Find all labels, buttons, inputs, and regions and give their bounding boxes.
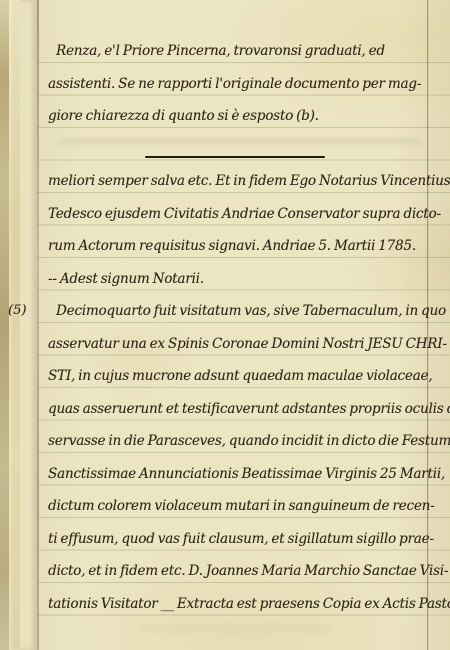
handwritten-line: ti effusum, quod vas fuit clausum, et si…: [48, 526, 436, 552]
right-margin-rule: [427, 0, 428, 650]
handwritten-line: STI, in cujus mucrone adsunt quaedam mac…: [48, 363, 436, 389]
handwritten-line: Renza, e'l Priore Pincerna, trovaronsi g…: [48, 38, 436, 64]
ink-showthrough: [60, 138, 420, 145]
handwritten-line: Sanctissimae Annunciationis Beatissimae …: [48, 461, 436, 487]
handwritten-line: servasse in die Parasceves, quando incid…: [48, 428, 436, 454]
section-divider: [145, 156, 325, 158]
ink-showthrough: [140, 625, 330, 632]
handwritten-line: giore chiarezza di quanto si è esposto (…: [48, 103, 436, 129]
handwritten-line: dictum colorem violaceum mutari in sangu…: [48, 493, 436, 519]
handwritten-line: assistenti. Se ne rapporti l'originale d…: [48, 71, 436, 97]
page-gutter: [20, 0, 37, 650]
handwritten-line: Tedesco ejusdem Civitatis Andriae Conser…: [48, 201, 436, 227]
handwritten-line: dicto, et in fidem etc. D. Joannes Maria…: [48, 558, 436, 584]
handwritten-line: meliori semper salva etc. Et in fidem Eg…: [48, 168, 436, 194]
footnote-marker: (5): [8, 298, 26, 324]
manuscript-page: Renza, e'l Priore Pincerna, trovaronsi g…: [0, 0, 450, 650]
page-edge-strip: [9, 0, 20, 650]
handwritten-line: -- Adest signum Notarii.: [48, 266, 436, 292]
handwritten-line: rum Actorum requisitus signavi. Andriae …: [48, 233, 436, 259]
handwritten-line: quas asseruerunt et testificaverunt adst…: [48, 396, 436, 422]
handwritten-line: Decimoquarto fuit visitatum vas, sive Ta…: [48, 298, 436, 324]
handwritten-line: tationis Visitator __ Extracta est praes…: [48, 591, 436, 617]
book-binding-edge: [0, 0, 9, 650]
handwritten-line: asservatur una ex Spinis Coronae Domini …: [48, 331, 436, 357]
